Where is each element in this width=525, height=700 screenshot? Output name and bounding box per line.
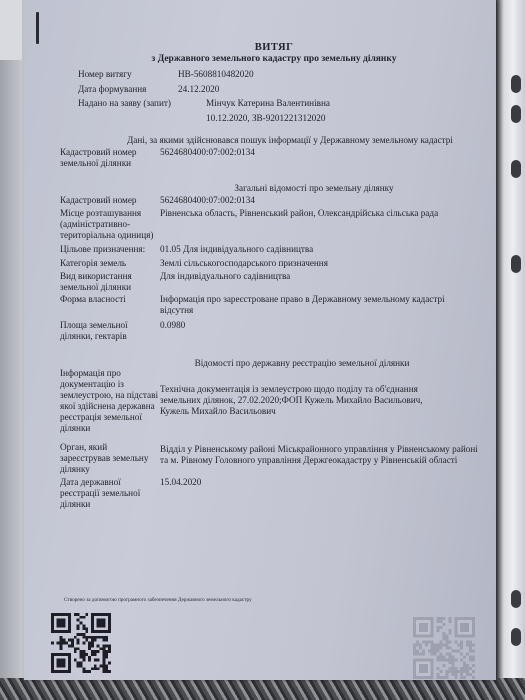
document-sheet: ВИТЯГ з Державного земельного кадастру п… xyxy=(24,0,496,680)
field-label: Форма власності xyxy=(60,294,160,305)
field-label: Номер витягу xyxy=(78,69,183,80)
section-heading-general: Загальні відомості про земельну ділянку xyxy=(94,183,525,193)
field-label: Кадастровий номер земельної ділянки xyxy=(60,147,150,169)
field-label: Категорія земель xyxy=(60,258,160,269)
qr-code-icon xyxy=(50,613,112,673)
section-heading-search: Дані, за якими здійснювався пошук інформ… xyxy=(70,135,510,145)
field-label: Орган, який зареєстрував земельну ділянк… xyxy=(60,442,158,475)
field-value: 24.12.2020 xyxy=(178,84,518,95)
qr-code-faint-icon xyxy=(412,617,476,679)
field-value: Рівненська область, Рівненський район, О… xyxy=(160,208,500,219)
field-value: 0.0980 xyxy=(160,320,460,331)
field-value: Відділ у Рівненському районі Міськрайонн… xyxy=(160,444,480,466)
footer-note: Створено за допомогою програмного забезп… xyxy=(64,597,252,603)
field-value: Мінчук Катерина Валентинівна xyxy=(206,98,525,109)
field-label: Надано на заяву (запит) xyxy=(78,98,188,109)
field-value: 5624680400:07:002:0134 xyxy=(160,195,460,206)
punch-hole xyxy=(511,628,521,646)
field-value: 01.05 Для індивідуального садівництва xyxy=(160,244,460,255)
field-label: Цільове призначення: xyxy=(60,244,160,255)
field-value: НВ-5608810482020 xyxy=(178,69,518,80)
field-value: 15.04.2020 xyxy=(160,477,460,488)
document-title: ВИТЯГ xyxy=(54,42,494,53)
field-value: 5624680400:07:002:0134 xyxy=(160,147,460,158)
field-value: 10.12.2020, ЗВ-9201221312020 xyxy=(206,113,525,124)
sleeve-edge-mark xyxy=(36,12,39,44)
field-value: Технічна документація із землеустрою щод… xyxy=(160,384,450,417)
background-fabric xyxy=(0,678,525,700)
section-heading-registration: Відомості про державну реєстрацію земель… xyxy=(82,358,522,368)
document-subtitle: з Державного земельного кадастру про зем… xyxy=(54,54,494,64)
background-paper-fragment xyxy=(0,0,22,60)
punch-hole xyxy=(511,590,521,608)
field-value: Для індивідуального садівництва xyxy=(160,271,460,282)
field-label: Вид використання земельної ділянки xyxy=(60,271,150,293)
field-label: Інформація про документацію із землеустр… xyxy=(60,368,158,434)
field-label: Місце розташування (адміністративно-тери… xyxy=(60,208,160,241)
field-value: Інформація про зареєстроване право в Дер… xyxy=(160,294,480,316)
punch-hole xyxy=(511,255,521,273)
field-value: Землі сільськогосподарського призначення xyxy=(160,258,460,269)
field-label: Дата державної реєстрації земельної діля… xyxy=(60,477,150,510)
field-label: Кадастровий номер xyxy=(60,195,160,206)
punch-hole xyxy=(511,160,521,178)
field-label: Дата формування xyxy=(78,84,183,95)
field-label: Площа земельної ділянки, гектарів xyxy=(60,320,140,342)
